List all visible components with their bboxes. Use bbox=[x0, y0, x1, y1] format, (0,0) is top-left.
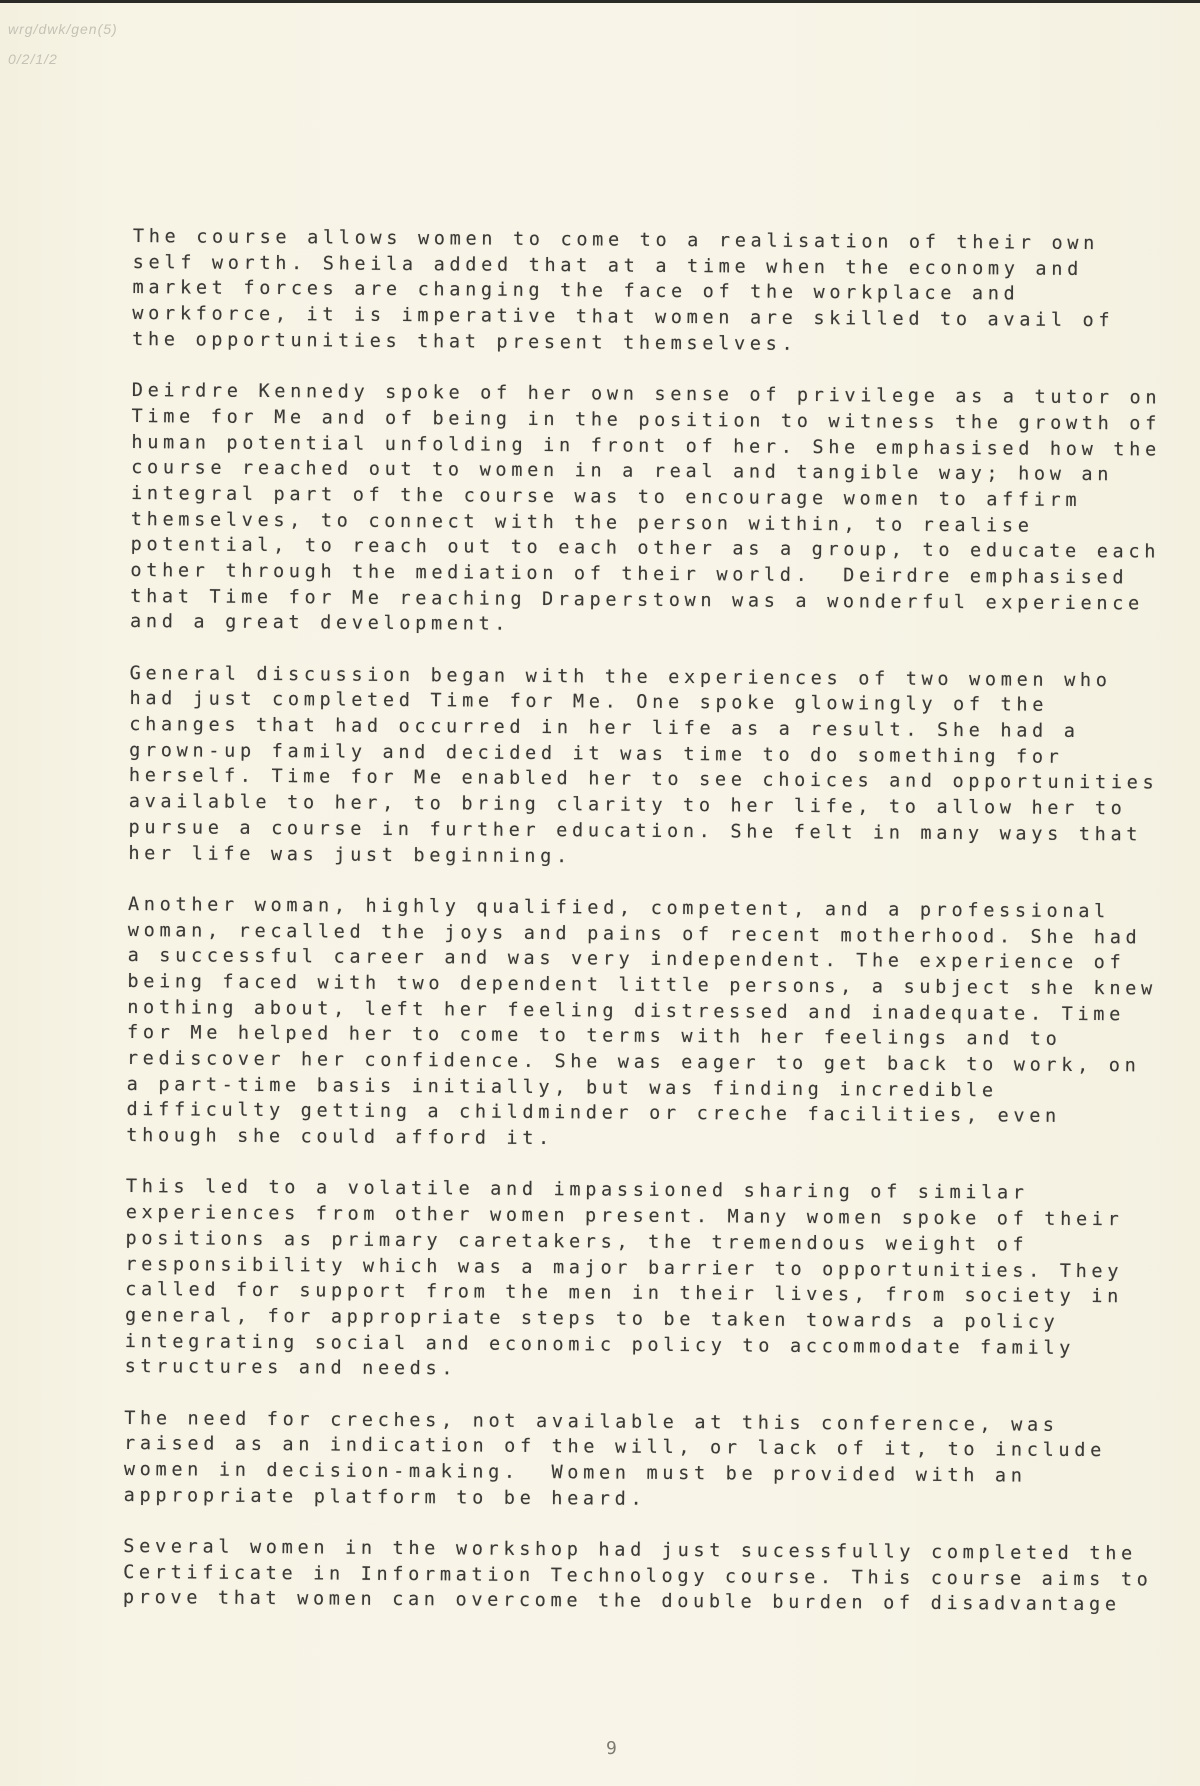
page-number: 9 bbox=[606, 1738, 617, 1759]
paragraph: The course allows women to come to a rea… bbox=[132, 224, 1133, 360]
document-body: The course allows women to come to a rea… bbox=[123, 224, 1133, 1644]
annotation-reference: wrg/dwk/gen(5) bbox=[8, 14, 118, 44]
annotation-code: 0/2/1/2 bbox=[8, 44, 118, 74]
paragraph: General discussion began with the experi… bbox=[128, 661, 1129, 874]
paragraph: Another woman, highly qualified, compete… bbox=[126, 892, 1128, 1156]
paragraph: Deirdre Kennedy spoke of her own sense o… bbox=[130, 378, 1132, 642]
paragraph: The need for creches, not available at t… bbox=[124, 1406, 1125, 1516]
paragraph: This led to a volatile and impassioned s… bbox=[125, 1174, 1126, 1387]
paragraph: Several women in the workshop had just s… bbox=[123, 1534, 1124, 1618]
handwritten-annotations: wrg/dwk/gen(5) 0/2/1/2 bbox=[8, 14, 118, 74]
